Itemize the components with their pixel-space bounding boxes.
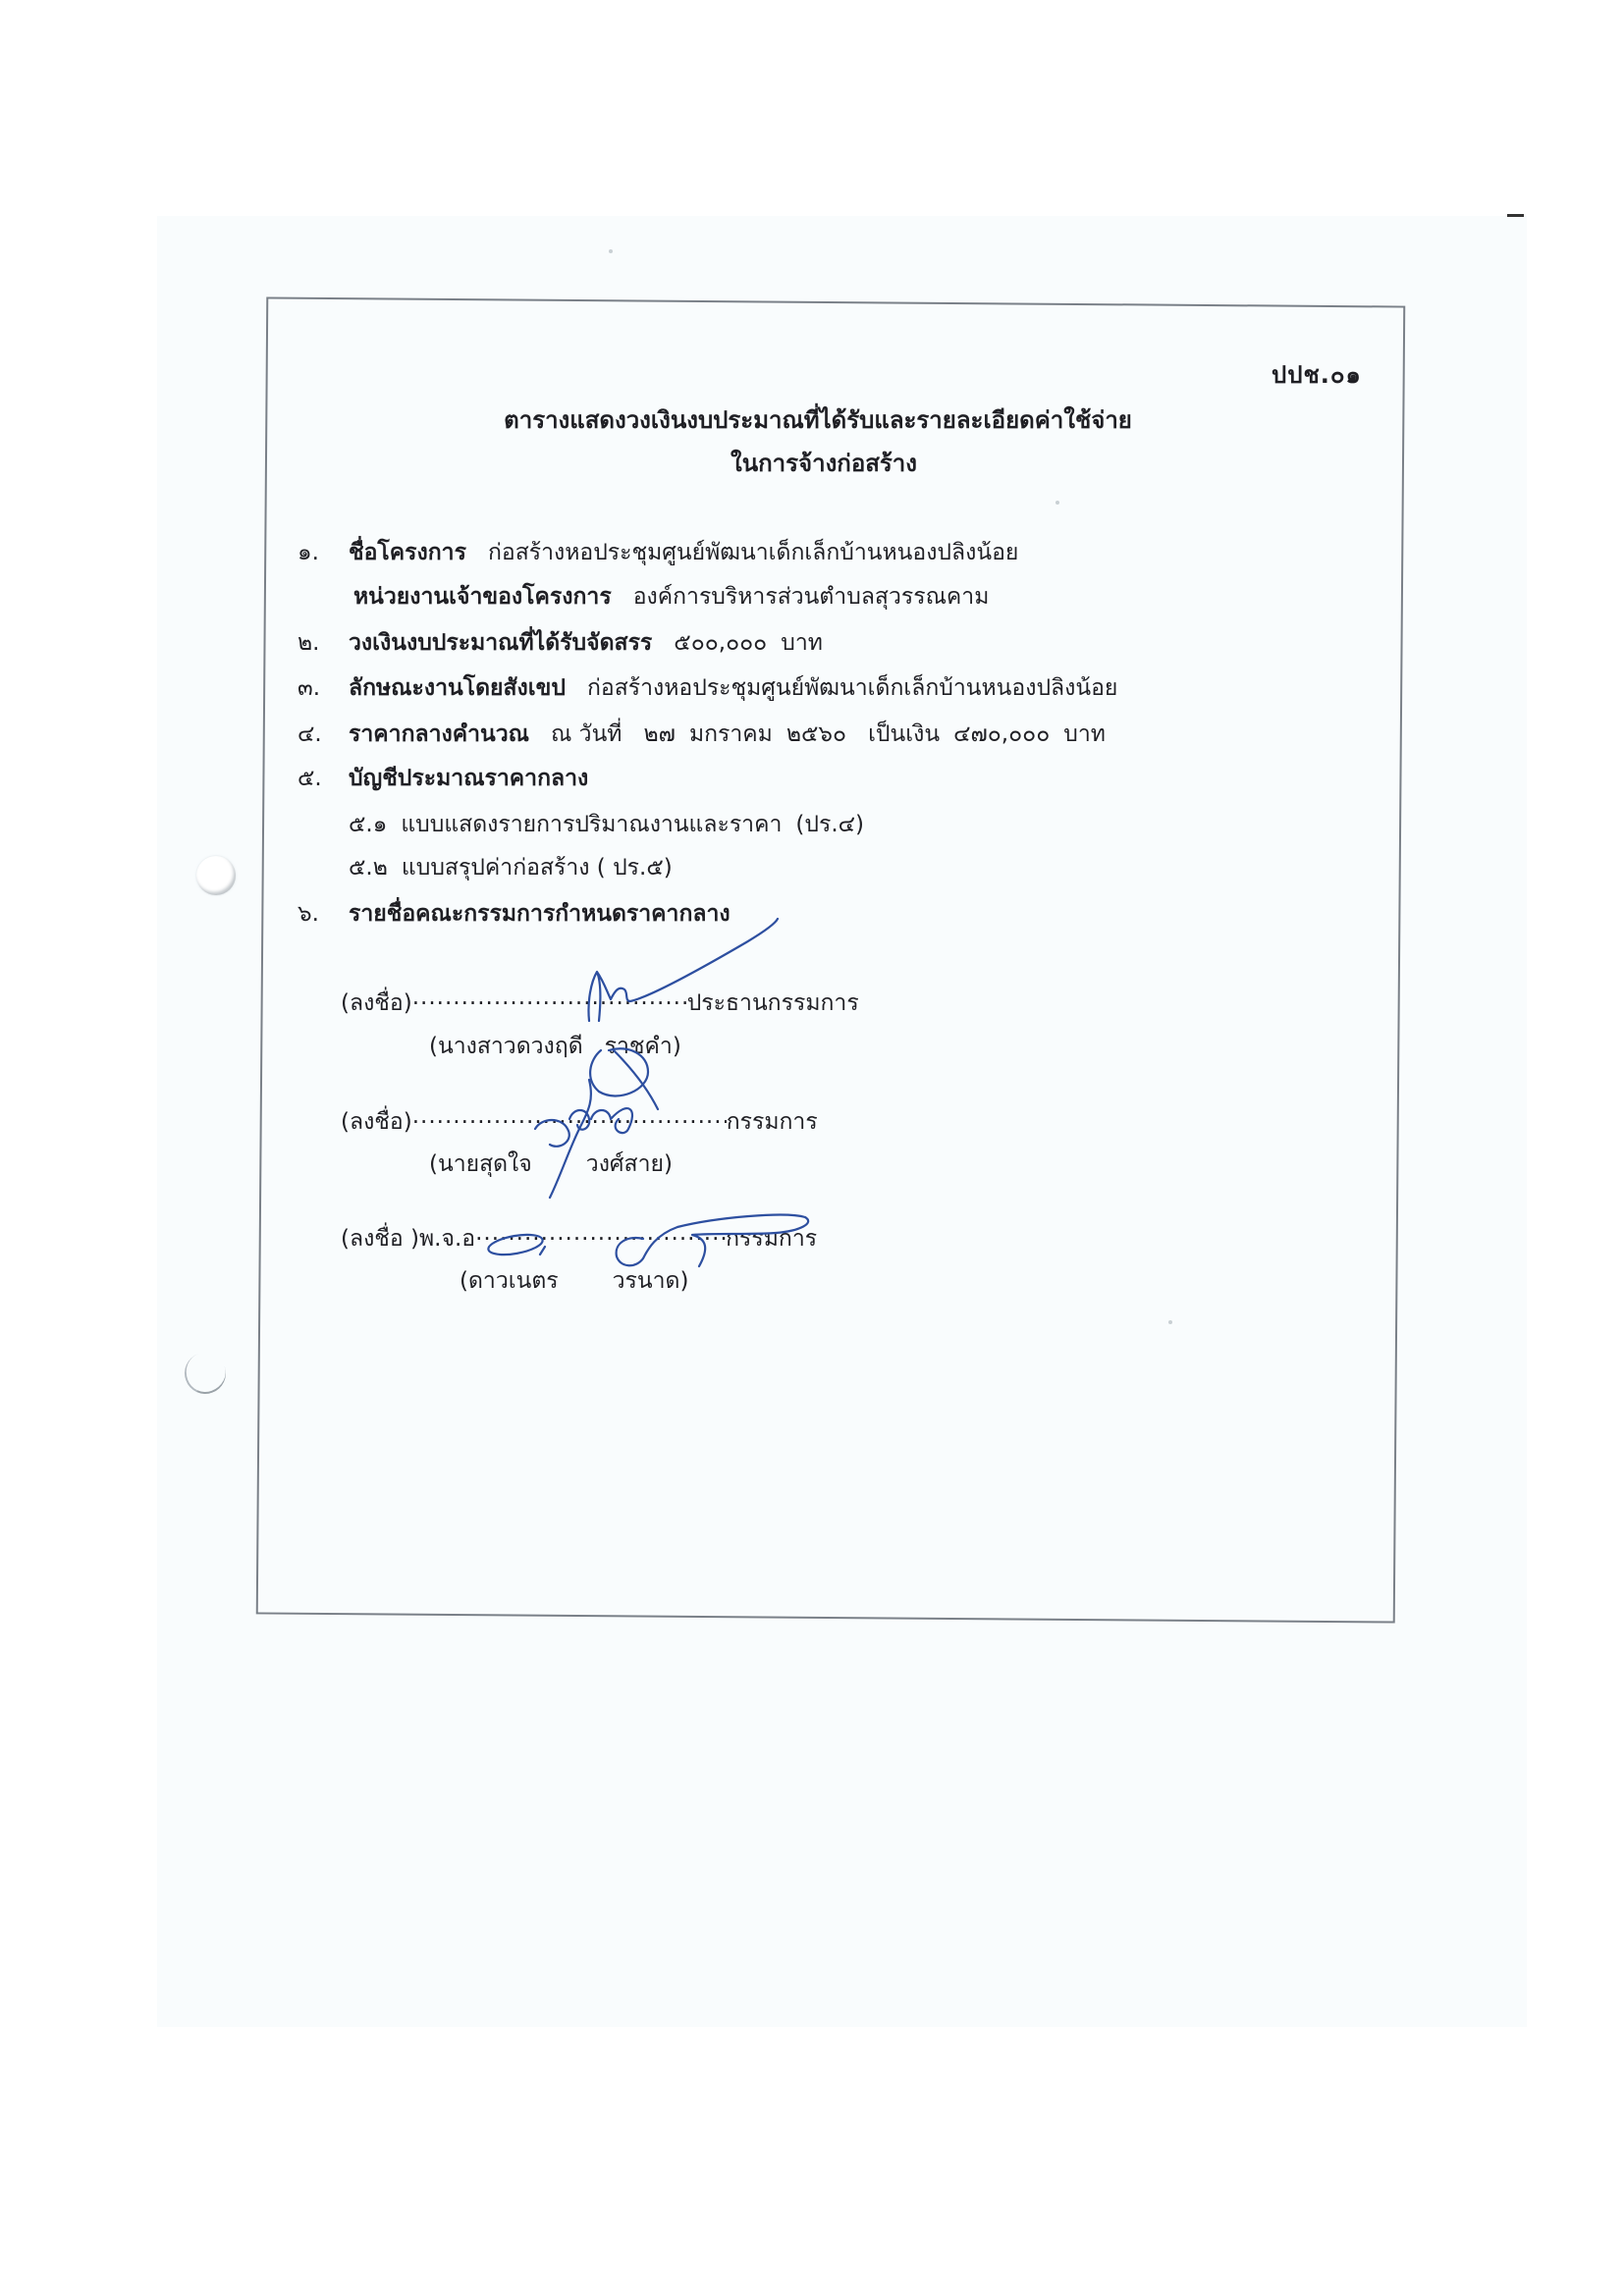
document-subtitle: ในการจ้างก่อสร้าง xyxy=(0,444,1624,482)
committee-role: กรรมการ xyxy=(727,1109,818,1135)
subitem-code: ( ปร.๕) xyxy=(597,855,673,881)
item-value: ก่อสร้างหอประชุมศูนย์พัฒนาเด็กเล็กบ้านหน… xyxy=(488,540,1018,565)
scan-speck xyxy=(609,249,613,253)
name-first: (ดาวเนตร xyxy=(460,1268,559,1294)
signature-dots: ........................................… xyxy=(412,1103,727,1129)
committee-name-chair: (นางสาวดวงฤดีราชคำ) xyxy=(429,1029,681,1064)
item-number: ๔. xyxy=(298,717,349,752)
subitem-code: (ปร.๔) xyxy=(795,812,864,837)
edge-mark xyxy=(1507,214,1524,217)
item-work-summary: ๓.ลักษณะงานโดยสังเขปก่อสร้างหอประชุมศูนย… xyxy=(298,670,1117,706)
name-last: วงศ์สาย) xyxy=(586,1151,673,1177)
budget-amount: ๕๐๐,๐๐๐ xyxy=(674,630,767,656)
signature-line-chair: (ลงชื่อ)................................… xyxy=(341,985,859,1021)
subitem-number: ๕.๒ xyxy=(349,855,388,881)
sign-prefix: (ลงชื่อ )พ.จ.อ xyxy=(341,1226,475,1252)
item-label: ลักษณะงานโดยสังเขป xyxy=(349,675,566,701)
item-sub-label: หน่วยงานเจ้าของโครงการ xyxy=(353,584,612,610)
subitem-quantity-form: ๕.๑แบบแสดงรายการปริมาณงานและราคา(ปร.๔) xyxy=(349,807,864,842)
committee-name-member-2: (ดาวเนตรวรนาด) xyxy=(460,1263,688,1299)
name-first: (นายสุดใจ xyxy=(429,1151,532,1177)
sign-prefix: (ลงชื่อ) xyxy=(341,1109,412,1135)
reference-amount: ๔๗๐,๐๐๐ xyxy=(953,721,1050,747)
item-label: วงเงินงบประมาณที่ได้รับจัดสรร xyxy=(349,630,652,656)
item-number: ๖. xyxy=(298,896,349,932)
item-number: ๓. xyxy=(298,670,349,706)
scan-speck xyxy=(1168,1320,1172,1324)
item-label: บัญชีประมาณราคากลาง xyxy=(349,766,588,791)
document-frame xyxy=(256,296,1406,1623)
sign-prefix: (ลงชื่อ) xyxy=(341,990,412,1016)
item-number: ๑. xyxy=(298,535,349,570)
item-committee: ๖.รายชื่อคณะกรรมการกำหนดราคากลาง xyxy=(298,896,731,932)
item-value: ก่อสร้างหอประชุมศูนย์พัฒนาเด็กเล็กบ้านหน… xyxy=(587,675,1117,701)
subitem-summary-form: ๕.๒แบบสรุปค่าก่อสร้าง ( ปร.๕) xyxy=(349,850,673,885)
date-month: มกราคม xyxy=(689,721,773,747)
name-last: วรนาด) xyxy=(613,1268,689,1294)
item-sub-value: องค์การบริหารส่วนตำบลสุวรรณคาม xyxy=(633,584,990,610)
scan-speck xyxy=(1056,501,1059,505)
item-price-schedule: ๕.บัญชีประมาณราคากลาง xyxy=(298,761,588,796)
signature-line-member-2: (ลงชื่อ )พ.จ.อ..........................… xyxy=(341,1220,817,1256)
item-project-name: ๑.ชื่อโครงการก่อสร้างหอประชุมศูนย์พัฒนาเ… xyxy=(298,535,1018,570)
item-budget: ๒.วงเงินงบประมาณที่ได้รับจัดสรร๕๐๐,๐๐๐บา… xyxy=(298,625,823,661)
document-title: ตารางแสดงวงเงินงบประมาณที่ได้รับและรายละ… xyxy=(0,400,1624,439)
item-number: ๒. xyxy=(298,625,349,661)
subitem-number: ๕.๑ xyxy=(349,812,387,837)
item-owner-agency: หน่วยงานเจ้าของโครงการองค์การบริหารส่วนต… xyxy=(353,579,989,614)
subitem-text: แบบแสดงรายการปริมาณงานและราคา xyxy=(401,812,782,837)
currency-unit: บาท xyxy=(781,630,823,656)
date-prefix: ณ วันที่ xyxy=(551,721,622,747)
name-last: ราชคำ) xyxy=(605,1034,681,1059)
signature-dots: ........................................… xyxy=(475,1220,726,1246)
date-day: ๒๗ xyxy=(643,721,675,747)
name-first: (นางสาวดวงฤดี xyxy=(429,1034,583,1059)
signature-line-member-1: (ลงชื่อ)................................… xyxy=(341,1103,818,1140)
punch-hole-icon xyxy=(196,856,236,895)
form-code: ปปช.๐๑ xyxy=(1272,355,1362,394)
currency-unit: บาท xyxy=(1063,721,1106,747)
item-reference-price: ๔.ราคากลางคำนวณณ วันที่๒๗มกราคม๒๕๖๐เป็นเ… xyxy=(298,717,1106,752)
date-year: ๒๕๖๐ xyxy=(786,721,846,747)
item-number: ๕. xyxy=(298,761,349,796)
signature-dots: ........................................… xyxy=(412,985,687,1010)
item-label: ชื่อโครงการ xyxy=(349,540,466,565)
committee-role: ประธานกรรมการ xyxy=(687,990,859,1016)
committee-role: กรรมการ xyxy=(726,1226,817,1252)
item-label: ราคากลางคำนวณ xyxy=(349,721,529,747)
item-label: รายชื่อคณะกรรมการกำหนดราคากลาง xyxy=(349,901,731,927)
amount-prefix: เป็นเงิน xyxy=(868,721,940,747)
committee-name-member-1: (นายสุดใจวงศ์สาย) xyxy=(429,1147,673,1182)
subitem-text: แบบสรุปค่าก่อสร้าง xyxy=(402,855,590,881)
